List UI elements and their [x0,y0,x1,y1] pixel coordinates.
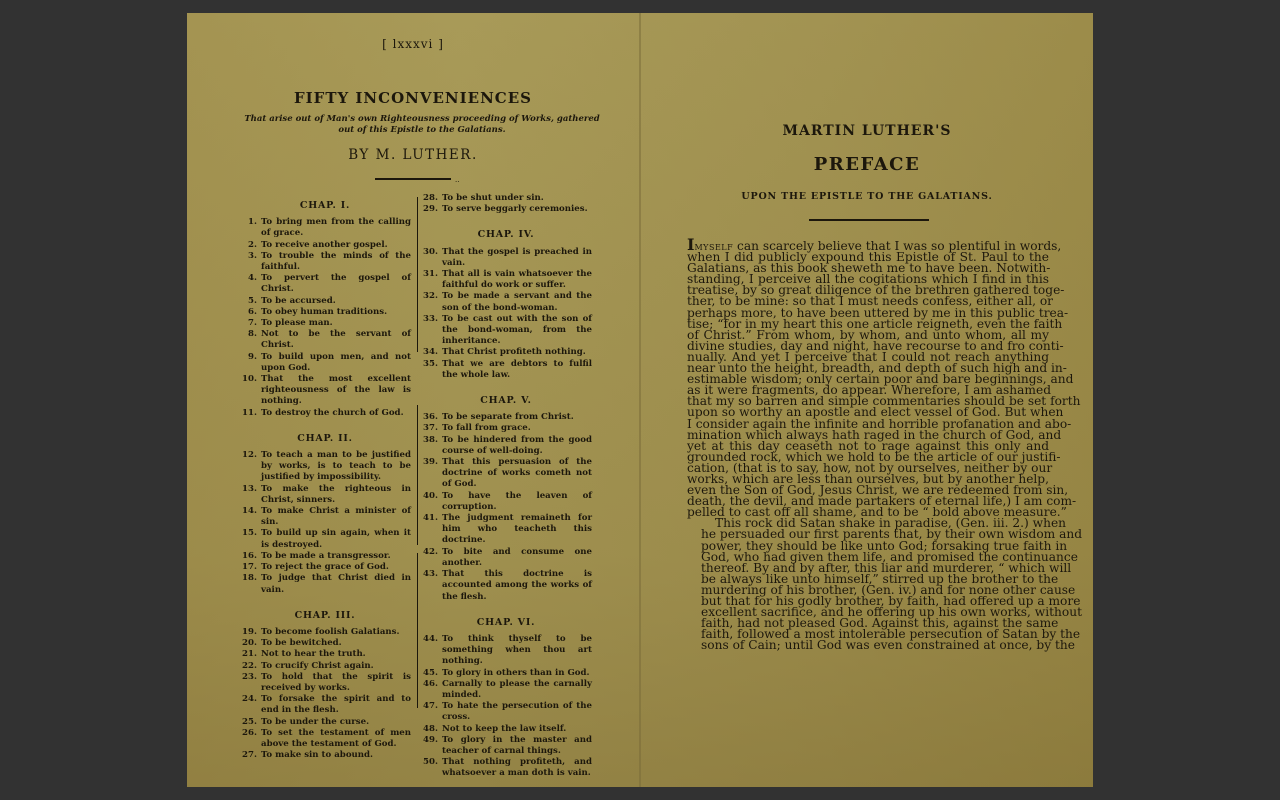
item-text: To have the leaven of corruption. [442,491,592,513]
list-item: 14.To make Christ a minister of sin. [239,506,411,528]
list-item: 17.To reject the grace of God. [239,562,411,573]
item-number: 26. [239,728,261,750]
preface-body: Imyself can scarcely believe that I was … [687,239,1049,651]
item-number: 22. [239,661,261,672]
item-text: That all is vain whatsoever the faithful… [442,269,592,291]
list-item: 7.To please man. [239,318,411,329]
chapter-section: CHAP. IV.30.That the gospel is preached … [420,229,592,381]
left-page: [ lxxxvi ] FIFTY INCONVENIENCES That ari… [187,13,639,787]
chapter-heading: CHAP. II. [239,433,411,444]
list-item: 6.To obey human traditions. [239,307,411,318]
chapter-section: CHAP. II.12.To teach a man to be justifi… [239,433,411,596]
item-number: 47. [420,701,442,723]
list-item: 32.To be made a servant and the son of t… [420,291,592,313]
item-number: 4. [239,273,261,295]
item-text: To be separate from Christ. [442,412,592,423]
item-text: That nothing profiteth, and whatsoever a… [442,757,592,779]
list-item: 5.To be accursed. [239,296,411,307]
list-item: 22.To crucify Christ again. [239,661,411,672]
list-item: 35.That we are debtors to fulfil the who… [420,359,592,381]
item-number: 14. [239,506,261,528]
item-text: To teach a man to be justified by works,… [261,450,411,484]
page-number: [ lxxxvi ] [187,37,639,51]
item-text: That this doctrine is accounted among th… [442,569,592,603]
list-item: 20.To be bewitched. [239,638,411,649]
chapter-heading: CHAP. III. [239,610,411,621]
chapter-heading: CHAP. V. [420,395,592,406]
item-number: 7. [239,318,261,329]
rule-ornament: .. [455,176,459,184]
item-text: To pervert the gospel of Christ. [261,273,411,295]
item-number: 49. [420,735,442,757]
text-line: sons of Cain; until God was even constra… [687,640,1049,651]
item-text: Not to hear the truth. [261,649,411,660]
list-item: 29.To serve beggarly ceremonies. [420,204,592,215]
item-number: 24. [239,694,261,716]
list-item: 24.To forsake the spirit and to end in t… [239,694,411,716]
preface-author: MARTIN LUTHER'S [641,123,1093,139]
list-item: 42.To bite and consume one another. [420,547,592,569]
list-item: 49.To glory in the master and teacher of… [420,735,592,757]
item-text: To be made a servant and the son of the … [442,291,592,313]
list-item: 1.To bring men from the calling of grace… [239,217,411,239]
item-number: 20. [239,638,261,649]
item-text: To bite and consume one another. [442,547,592,569]
item-text: To serve beggarly ceremonies. [442,204,592,215]
item-number: 30. [420,247,442,269]
list-item: 11.To destroy the church of God. [239,408,411,419]
item-text: To hate the persecution of the cross. [442,701,592,723]
item-number: 32. [420,291,442,313]
list-item: 23.To hold that the spirit is received b… [239,672,411,694]
item-text: To make sin to abound. [261,750,411,761]
item-number: 3. [239,251,261,273]
item-text: To be cast out with the son of the bond-… [442,314,592,348]
item-text: That we are debtors to fulfil the whole … [442,359,592,381]
item-number: 18. [239,573,261,595]
column-divider [417,553,418,708]
item-number: 43. [420,569,442,603]
item-text: That the most excellent righteousness of… [261,374,411,408]
item-number: 40. [420,491,442,513]
item-text: To glory in the master and teacher of ca… [442,735,592,757]
item-text: To glory in others than in God. [442,668,592,679]
list-item: 47.To hate the persecution of the cross. [420,701,592,723]
item-number: 34. [420,347,442,358]
item-number: 12. [239,450,261,484]
preface-subtitle: UPON THE EPISTLE TO THE GALATIANS. [641,191,1093,202]
item-number: 33. [420,314,442,348]
item-text: To receive another gospel. [261,240,411,251]
column-divider [417,197,418,352]
byline: BY M. LUTHER. [187,147,639,163]
item-text: To crucify Christ again. [261,661,411,672]
item-text: To judge that Christ died in vain. [261,573,411,595]
list-item: 50.That nothing profiteth, and whatsoeve… [420,757,592,779]
list-item: 38.To be hindered from the good course o… [420,435,592,457]
item-text: To make Christ a minister of sin. [261,506,411,528]
list-item: 25.To be under the curse. [239,717,411,728]
item-number: 15. [239,528,261,550]
item-text: That this persuasion of the doctrine of … [442,457,592,491]
list-item: 45.To glory in others than in God. [420,668,592,679]
chapter-section: CHAP. VI.44.To think thyself to be somet… [420,617,592,780]
item-text: To be hindered from the good course of w… [442,435,592,457]
list-item: 2.To receive another gospel. [239,240,411,251]
book-spread: [ lxxxvi ] FIFTY INCONVENIENCES That ari… [187,13,1093,787]
item-number: 46. [420,679,442,701]
item-number: 44. [420,634,442,668]
item-text: The judgment remaineth for him who teach… [442,513,592,547]
list-item: 31.That all is vain whatsoever the faith… [420,269,592,291]
item-number: 42. [420,547,442,569]
list-item: 44.To think thyself to be something when… [420,634,592,668]
list-item: 13.To make the righteous in Christ, sinn… [239,484,411,506]
item-number: 17. [239,562,261,573]
chapter-section: 28.To be shut under sin.29.To serve begg… [420,193,592,215]
item-text: To build upon men, and not upon God. [261,352,411,374]
column-divider [417,405,418,545]
item-text: To be bewitched. [261,638,411,649]
list-item: 3.To trouble the minds of the faithful. [239,251,411,273]
chapter-heading: CHAP. I. [239,200,411,211]
chapter-heading: CHAP. IV. [420,229,592,240]
list-item: 30.That the gospel is preached in vain. [420,247,592,269]
list-item: 27.To make sin to abound. [239,750,411,761]
chapter-section: CHAP. III.19.To become foolish Galatians… [239,610,411,762]
item-number: 13. [239,484,261,506]
preface-title: PREFACE [641,154,1093,175]
chapter-section: CHAP. I.1.To bring men from the calling … [239,200,411,419]
item-number: 16. [239,551,261,562]
item-text: To fall from grace. [442,423,592,434]
list-item: 34.That Christ profiteth nothing. [420,347,592,358]
list-item: 16.To be made a transgressor. [239,551,411,562]
item-number: 5. [239,296,261,307]
chapter-section: CHAP. V.36.To be separate from Christ.37… [420,395,592,603]
item-text: To set the testament of men above the te… [261,728,411,750]
item-text: To build up sin again, when it is destro… [261,528,411,550]
item-number: 38. [420,435,442,457]
list-item: 33.To be cast out with the son of the bo… [420,314,592,348]
item-text: To bring men from the calling of grace. [261,217,411,239]
list-item: 43.That this doctrine is accounted among… [420,569,592,603]
item-text: To think thyself to be something when th… [442,634,592,668]
list-item: 46.Carnally to please the carnally minde… [420,679,592,701]
item-text: To forsake the spirit and to end in the … [261,694,411,716]
right-page: MARTIN LUTHER'S PREFACE UPON THE EPISTLE… [641,13,1093,787]
list-item: 10.That the most excellent righteousness… [239,374,411,408]
item-text: To trouble the minds of the faithful. [261,251,411,273]
item-number: 9. [239,352,261,374]
paragraph: This rock did Satan shake in paradise, (… [687,518,1049,651]
list-item: 15.To build up sin again, when it is des… [239,528,411,550]
item-number: 29. [420,204,442,215]
item-text: To obey human traditions. [261,307,411,318]
item-number: 31. [420,269,442,291]
list-item: 12.To teach a man to be justified by wor… [239,450,411,484]
item-text: To destroy the church of God. [261,408,411,419]
item-text: Not to be the servant of Christ. [261,329,411,351]
item-number: 8. [239,329,261,351]
item-text: To be accursed. [261,296,411,307]
item-text: To become foolish Galatians. [261,627,411,638]
item-number: 11. [239,408,261,419]
list-item: 37.To fall from grace. [420,423,592,434]
item-number: 25. [239,717,261,728]
list-item: 19.To become foolish Galatians. [239,627,411,638]
item-text: To make the righteous in Christ, sinners… [261,484,411,506]
list-item: 8.Not to be the servant of Christ. [239,329,411,351]
item-text: That the gospel is preached in vain. [442,247,592,269]
item-number: 37. [420,423,442,434]
chapter-heading: CHAP. VI. [420,617,592,628]
item-text: To please man. [261,318,411,329]
list-item: 18.To judge that Christ died in vain. [239,573,411,595]
item-number: 23. [239,672,261,694]
title-rule [809,219,929,221]
item-text: To be made a transgressor. [261,551,411,562]
list-item: 9.To build upon men, and not upon God. [239,352,411,374]
list-item: 40.To have the leaven of corruption. [420,491,592,513]
item-text: To hold that the spirit is received by w… [261,672,411,694]
item-number: 50. [420,757,442,779]
list-item: 21.Not to hear the truth. [239,649,411,660]
list-item: 48.Not to keep the law itself. [420,724,592,735]
item-number: 21. [239,649,261,660]
page-title: FIFTY INCONVENIENCES [187,89,639,107]
item-number: 39. [420,457,442,491]
page-subtitle: That arise out of Man's own Righteousnes… [237,114,607,136]
item-text: To reject the grace of God. [261,562,411,573]
item-number: 48. [420,724,442,735]
list-item: 41.The judgment remaineth for him who te… [420,513,592,547]
item-number: 2. [239,240,261,251]
item-number: 45. [420,668,442,679]
item-number: 10. [239,374,261,408]
item-number: 6. [239,307,261,318]
title-rule [375,178,451,180]
inconveniences-column-left: CHAP. I.1.To bring men from the calling … [239,195,411,761]
item-number: 1. [239,217,261,239]
item-text: To be under the curse. [261,717,411,728]
item-text: That Christ profiteth nothing. [442,347,592,358]
list-item: 39.That this persuasion of the doctrine … [420,457,592,491]
list-item: 4.To pervert the gospel of Christ. [239,273,411,295]
item-number: 36. [420,412,442,423]
item-text: Not to keep the law itself. [442,724,592,735]
paragraph: Imyself can scarcely believe that I was … [687,239,1049,518]
item-number: 41. [420,513,442,547]
list-item: 26.To set the testament of men above the… [239,728,411,750]
inconveniences-column-right: 28.To be shut under sin.29.To serve begg… [420,195,592,780]
list-item: 36.To be separate from Christ. [420,412,592,423]
item-text: To be shut under sin. [442,193,592,204]
list-item: 28.To be shut under sin. [420,193,592,204]
item-number: 35. [420,359,442,381]
item-number: 19. [239,627,261,638]
item-number: 28. [420,193,442,204]
item-text: Carnally to please the carnally minded. [442,679,592,701]
item-number: 27. [239,750,261,761]
